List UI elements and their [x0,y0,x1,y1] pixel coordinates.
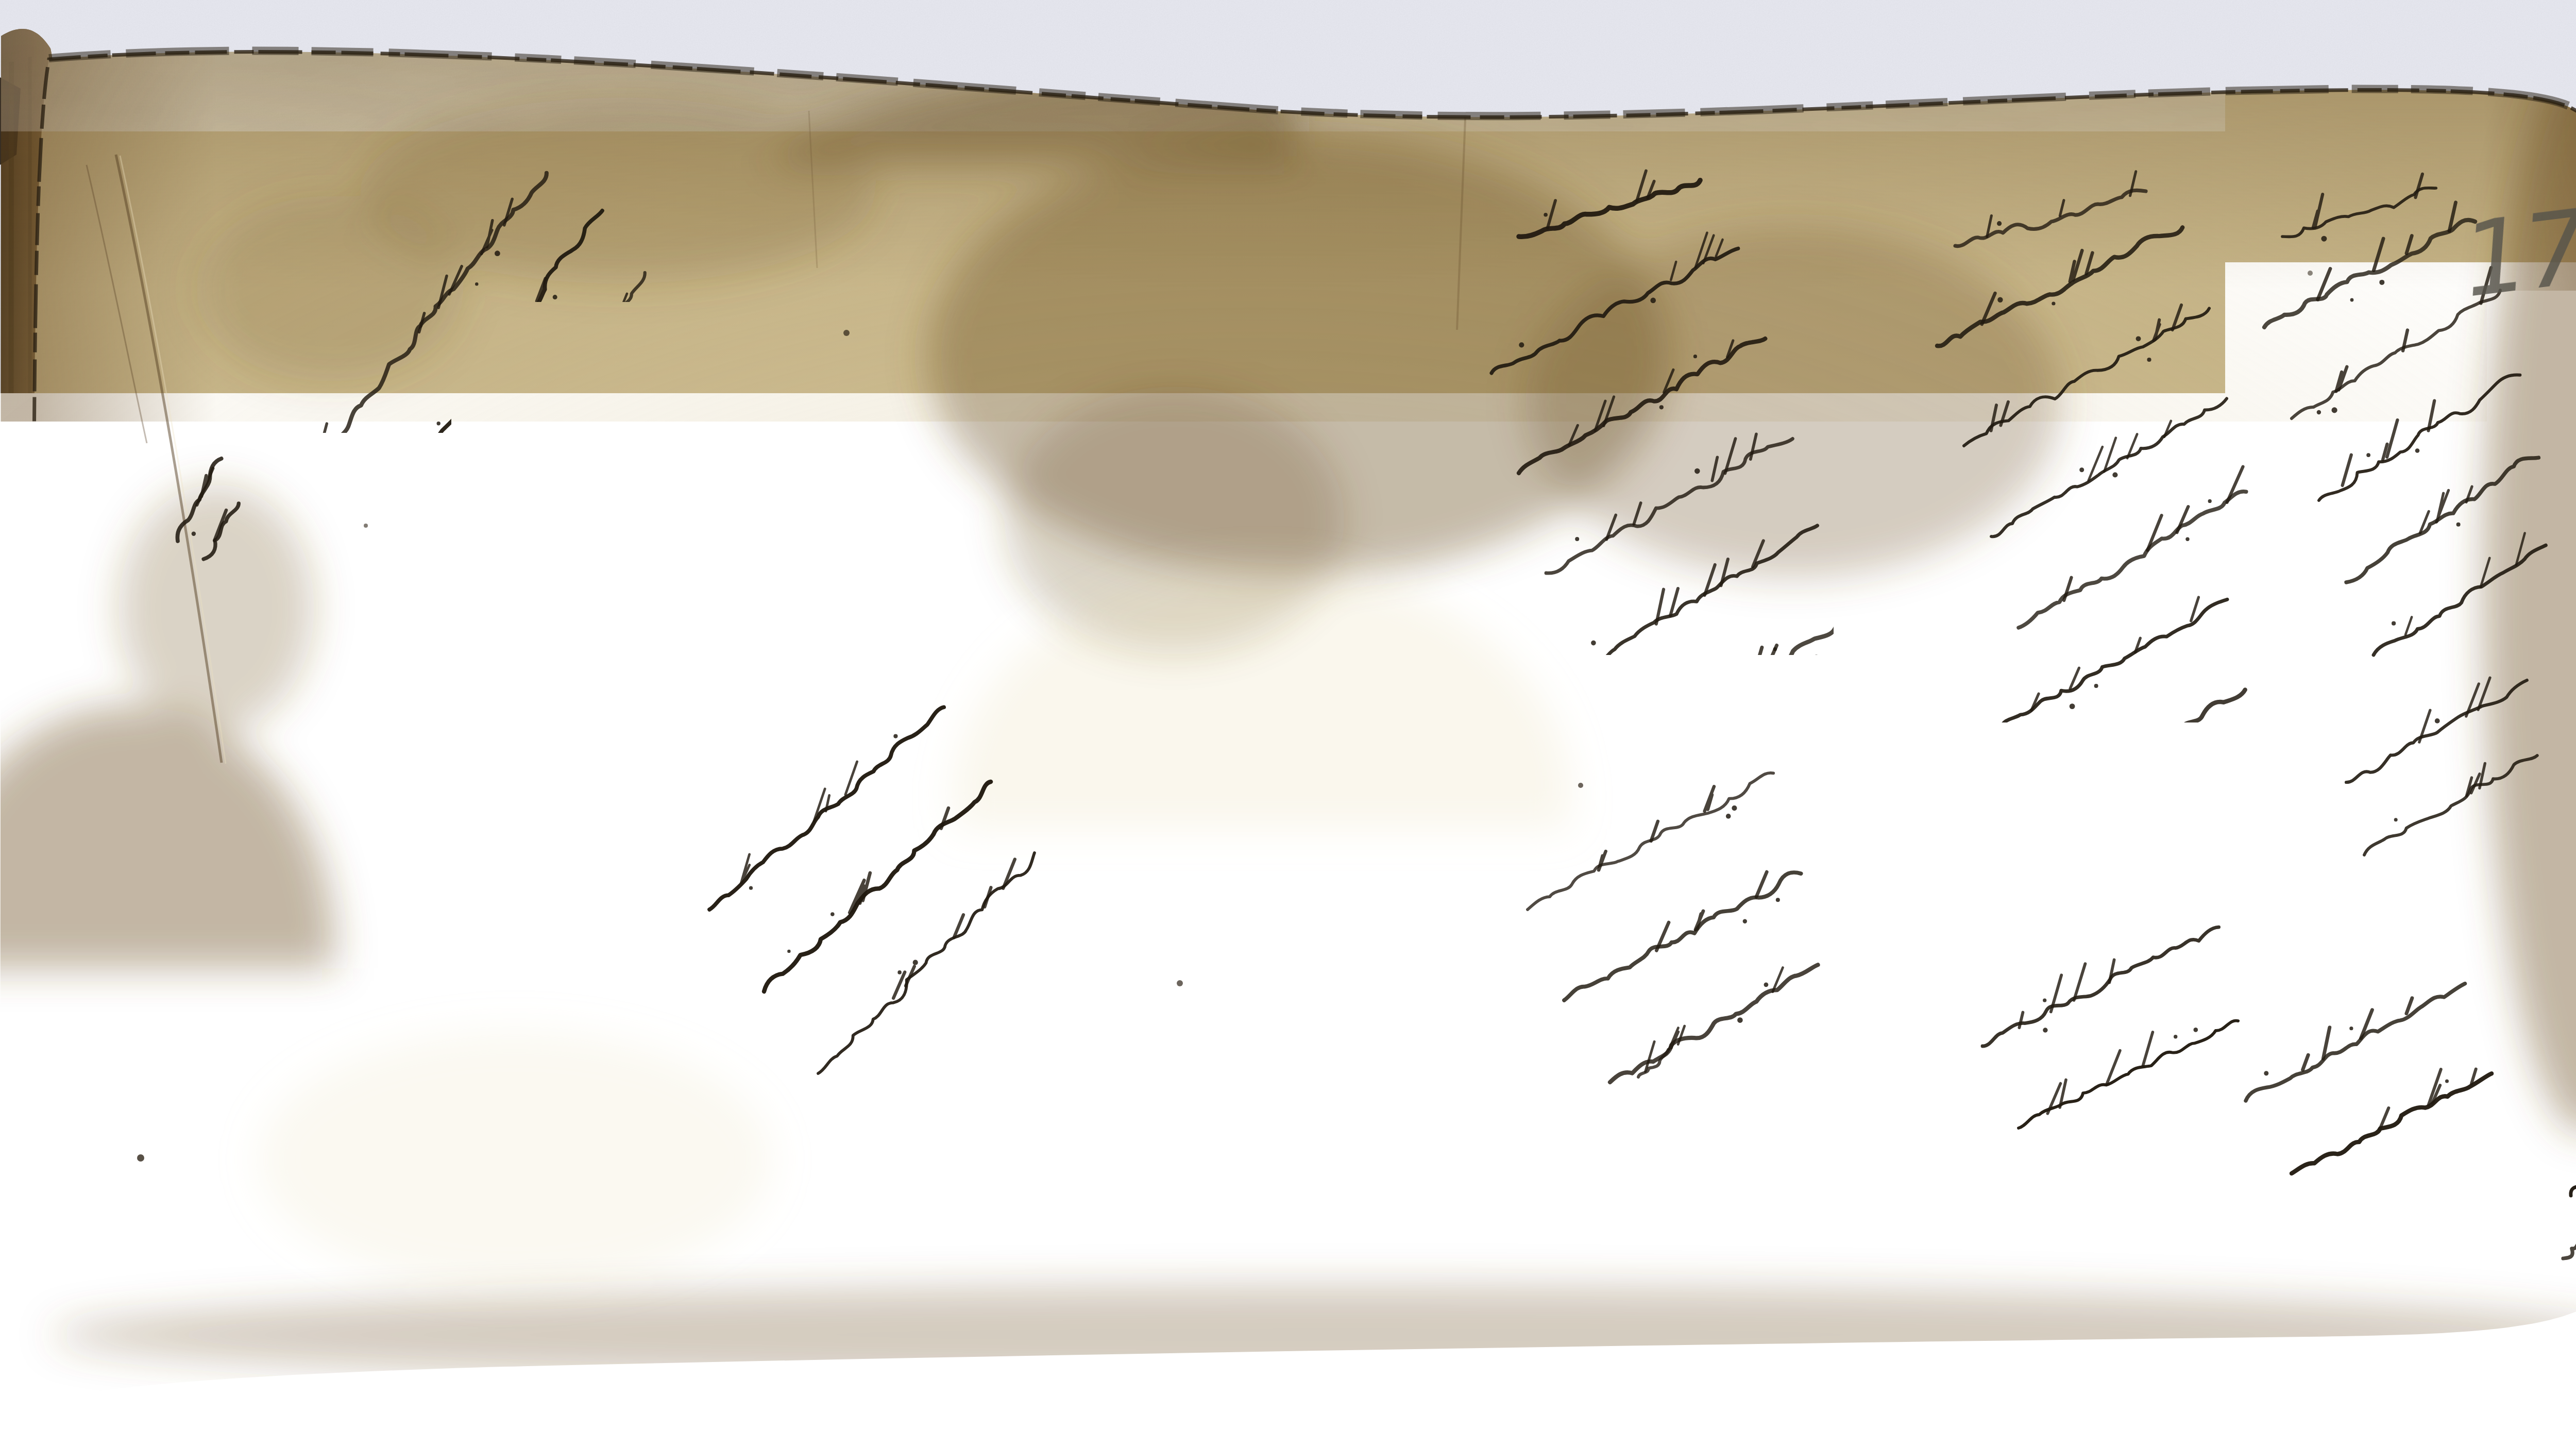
diacritic-dot [1149,651,1154,655]
diacritic-dot [1694,468,1700,474]
diacritic-dot [2052,301,2055,305]
diacritic-dot [2136,336,2141,341]
diacritic-dot [481,820,485,825]
diacritic-dot [1659,405,1664,409]
diacritic-dot [1575,537,1579,541]
diacritic-dot [892,250,897,255]
diacritic-dot [235,534,239,538]
diacritic-dot [2264,1071,2268,1075]
diacritic-dot [2185,537,2189,541]
diacritic-dot [2321,236,2327,242]
diacritic-dot [1773,647,1777,651]
diacritic-dot [2043,1028,2047,1032]
diacritic-dot [1386,608,1391,613]
diacritic-dot [2394,818,2398,821]
diacritic-dot [903,461,906,464]
diacritic-dot [1348,767,1353,772]
diacritic-dot [1591,641,1596,646]
diacritic-dot [962,1150,966,1153]
diacritic-dot [787,950,790,953]
diacritic-dot [2147,358,2151,362]
diacritic-dot [969,386,973,390]
diacritic-dot [584,770,587,774]
diacritic-dot [585,611,590,616]
diacritic-dot [411,505,415,509]
diacritic-dot [2194,1028,2198,1032]
diacritic-dot [897,970,902,974]
diacritic-dot [2079,467,2084,472]
diacritic-dot [370,519,374,523]
diacritic-dot [1726,814,1731,819]
scanner-background: 17 [0,0,2576,1429]
diacritic-dot [557,427,561,430]
diacritic-dot [612,771,616,776]
diacritic-dot [495,250,500,256]
diacritic-dot [863,594,867,597]
diacritic-dot [598,995,604,1000]
diacritic-dot [542,888,547,893]
diacritic-dot [493,1123,498,1128]
diacritic-dot [437,422,440,425]
diacritic-dot [1213,835,1217,839]
diacritic-dot [615,1061,620,1066]
diacritic-dot [826,1209,831,1214]
diacritic-dot [2379,280,2384,285]
manuscript-page-scan: 17 [0,0,2576,1429]
diacritic-dot [2445,1080,2449,1083]
diacritic-dot [615,562,620,567]
diacritic-dot [444,1000,449,1005]
diacritic-dot [2174,1035,2177,1038]
diacritic-dot [440,866,444,869]
diacritic-dot [741,481,746,486]
diacritic-dot [672,607,677,612]
diacritic-dot [584,871,588,875]
diacritic-dot [1650,298,1656,304]
diacritic-dot [1743,919,1747,923]
diacritic-dot [569,754,574,760]
diacritic-dot [2366,453,2370,457]
diacritic-dot [1278,268,1283,273]
diacritic-dot [1134,194,1139,199]
page-number: 17 [2456,187,2576,321]
page: 17 [0,0,2576,1429]
diacritic-dot [597,591,602,596]
diacritic-dot [2332,407,2337,413]
diacritic-dot [913,960,918,965]
diacritic-dot [562,551,566,556]
diacritic-dot [988,500,991,503]
diacritic-dot [893,734,897,738]
diacritic-dot [1693,355,1697,358]
diacritic-dot [423,626,429,631]
diacritic-dot [2435,718,2440,724]
diacritic-dot [2392,621,2396,626]
diacritic-dot [501,467,507,473]
diacritic-dot [192,532,196,536]
diacritic-dot [549,1193,554,1198]
diacritic-dot [470,506,474,510]
diacritic-dot [831,912,835,916]
diacritic-dot [1519,342,1524,347]
diacritic-dot [2350,298,2354,302]
diacritic-dot [256,549,260,553]
diacritic-dot [770,363,775,367]
diacritic-dot [981,503,987,508]
diacritic-dot [553,295,557,299]
diacritic-dot [2317,410,2321,414]
diacritic-dot [673,894,677,897]
diacritic-dot [2136,762,2139,765]
diacritic-dot [2112,472,2117,477]
diacritic-dot [475,282,478,285]
diacritic-dot [523,563,527,567]
diacritic-dot [2043,999,2046,1002]
diacritic-dot [1248,595,1252,599]
diacritic-dot [1776,898,1780,902]
diacritic-dot [2415,448,2420,453]
diacritic-dot [1618,661,1622,664]
diacritic-dot [856,473,860,477]
diacritic-dot [1242,712,1246,716]
diacritic-dot [1764,982,1769,987]
diacritic-dot [696,290,701,295]
diacritic-dot [1105,527,1108,530]
diacritic-dot [1148,187,1151,191]
diacritic-dot [1997,221,2002,226]
diacritic-dot [545,568,550,573]
diacritic-dot [1172,385,1176,390]
diacritic-dot [783,265,788,270]
diacritic-dot [1737,1017,1743,1023]
diacritic-dot [1732,805,1737,811]
diacritic-dot [784,345,788,349]
diacritic-dot [2456,523,2461,527]
diacritic-dot [2094,684,2098,688]
diacritic-dot [1205,368,1210,373]
diacritic-dot [1544,213,1548,217]
diacritic-dot [2080,766,2084,769]
diacritic-dot [749,886,753,890]
diacritic-dot [702,512,707,517]
diacritic-dot [1997,297,2003,302]
diacritic-dot [1814,654,1819,660]
diacritic-dot [885,344,889,348]
diacritic-dot [1143,511,1148,517]
diacritic-dot [2349,1027,2353,1030]
diacritic-dot [608,430,613,434]
diacritic-dot [2070,703,2075,709]
diacritic-dot [2208,499,2212,503]
diacritic-dot [1187,307,1193,312]
diacritic-dot [570,684,573,687]
